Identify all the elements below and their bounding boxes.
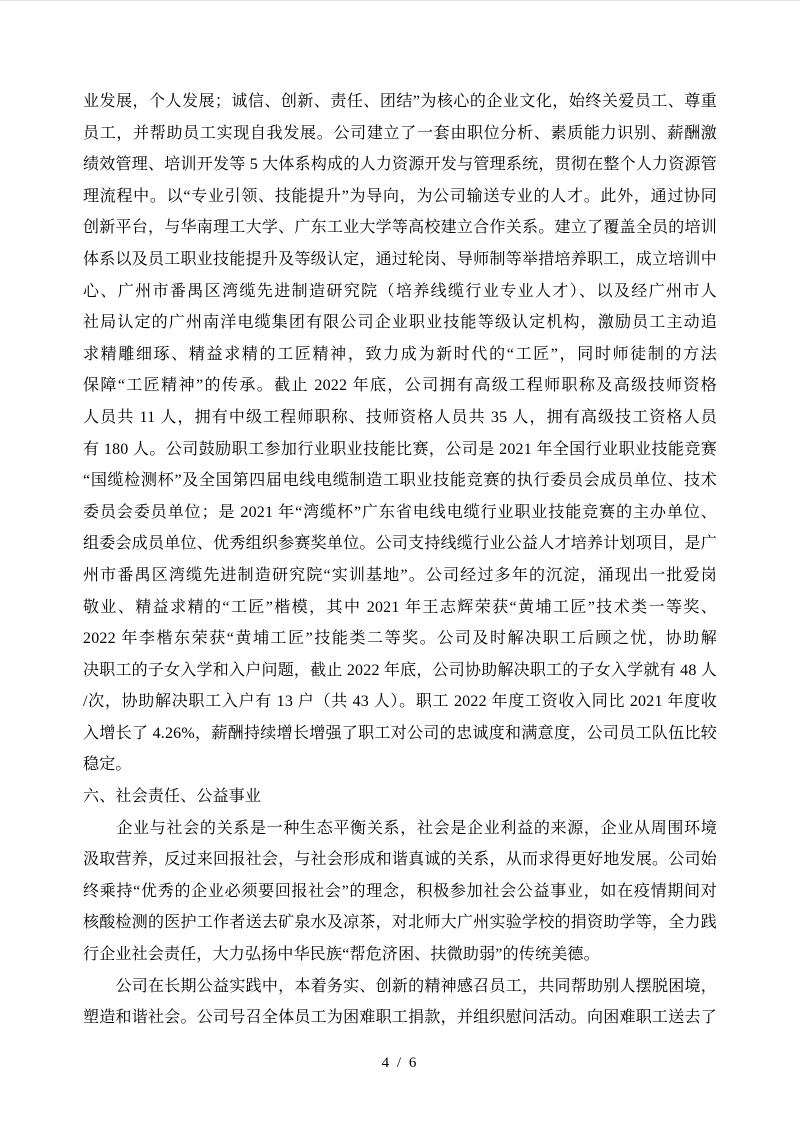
text-line: 创新平台，与华南理工大学、广东工业大学等高校建立合作关系。建立了覆盖全员的培训: [83, 212, 717, 244]
text-line: 州市番禺区湾缆先进制造研究院“实训基地”。公司经过多年的沉淀，涌现出一批爱岗: [83, 560, 717, 592]
section-heading: 六、社会责任、公益事业: [83, 781, 717, 813]
text-line: 求精雕细琢、精益求精的工匠精神，致力成为新时代的“工匠”，同时师徒制的方法: [83, 339, 717, 371]
text-line: 2022 年李楷东荣获“黄埔工匠”技能类二等奖。公司及时解决职工后顾之忧，协助解: [83, 623, 717, 655]
text-line: 决职工的子女入学和入户问题，截止 2022 年底，公司协助解决职工的子女入学就有…: [83, 655, 717, 687]
text-line: /次，协助解决职工入户有 13 户（共 43 人）。职工 2022 年度工资收入…: [83, 686, 717, 718]
text-line: 行企业社会责任，大力弘扬中华民族“帮危济困、扶微助弱”的传统美德。: [83, 939, 717, 971]
text-line: 组委会成员单位、优秀组织参赛奖单位。公司支持线缆行业公益人才培养计划项目，是广: [83, 528, 717, 560]
text-line: 绩效管理、培训开发等 5 大体系构成的人力资源开发与管理系统，贯彻在整个人力资源…: [83, 149, 717, 181]
text-line: 企业与社会的关系是一种生态平衡关系，社会是企业利益的来源，企业从周围环境: [83, 813, 717, 845]
document-page: 业发展，个人发展；诚信、创新、责任、团结”为核心的企业文化，始终关爱员工、尊重员…: [0, 0, 800, 1131]
text-line: 体系以及员工职业技能提升及等级认定，通过轮岗、导师制等举措培养职工，成立培训中: [83, 244, 717, 276]
text-line: 业发展，个人发展；诚信、创新、责任、团结”为核心的企业文化，始终关爱员工、尊重: [83, 86, 717, 118]
text-line: 理流程中。以“专业引领、技能提升”为导向，为公司输送专业的人才。此外，通过协同: [83, 181, 717, 213]
text-line: 保障“工匠精神”的传承。截止 2022 年底，公司拥有高级工程师职称及高级技师资…: [83, 370, 717, 402]
text-line: “国缆检测杯”及全国第四届电线电缆制造工职业技能竞赛的执行委员会成员单位、技术: [83, 465, 717, 497]
text-line: 终乘持“优秀的企业必须要回报社会”的理念，积极参加社会公益事业，如在疫情期间对: [83, 876, 717, 908]
text-line: 核酸检测的医护工作者送去矿泉水及凉茶，对北师大广州实验学校的捐资助学等，全力践: [83, 907, 717, 939]
text-line: 心、广州市番禺区湾缆先进制造研究院（培养线缆行业专业人才）、以及经广州市人: [83, 276, 717, 308]
text-line: 员工，并帮助员工实现自我发展。公司建立了一套由职位分析、素质能力识别、薪酬激励、: [83, 118, 717, 150]
text-line: 入增长了 4.26%，薪酬持续增长增强了职工对公司的忠诚度和满意度，公司员工队伍…: [83, 718, 717, 750]
text-line: 公司在长期公益实践中，本着务实、创新的精神感召员工，共同帮助别人摆脱困境，: [83, 971, 717, 1003]
page-number: 4 / 6: [0, 1052, 800, 1074]
text-line: 人员共 11 人，拥有中级工程师职称、技师资格人员共 35 人，拥有高级技工资格…: [83, 402, 717, 434]
text-line: 塑造和谐社会。公司号召全体员工为困难职工捐款，并组织慰问活动。向困难职工送去了: [83, 1002, 717, 1034]
text-line: 委员会委员单位；是 2021 年“湾缆杯”广东省电线电缆行业职业技能竞赛的主办单…: [83, 497, 717, 529]
text-line: 有 180 人。公司鼓励职工参加行业职业技能比赛，公司是 2021 年全国行业职…: [83, 434, 717, 466]
text-line: 稳定。: [83, 749, 717, 781]
text-line: 汲取营养，反过来回报社会，与社会形成和谐真诚的关系，从而求得更好地发展。公司始: [83, 844, 717, 876]
text-line: 社局认定的广州南洋电缆集团有限公司企业职业技能等级认定机构，激励员工主动追: [83, 307, 717, 339]
document-body: 业发展，个人发展；诚信、创新、责任、团结”为核心的企业文化，始终关爱员工、尊重员…: [83, 86, 717, 1034]
text-line: 敬业、精益求精的“工匠”楷模，其中 2021 年王志辉荣获“黄埔工匠”技术类一等…: [83, 592, 717, 624]
